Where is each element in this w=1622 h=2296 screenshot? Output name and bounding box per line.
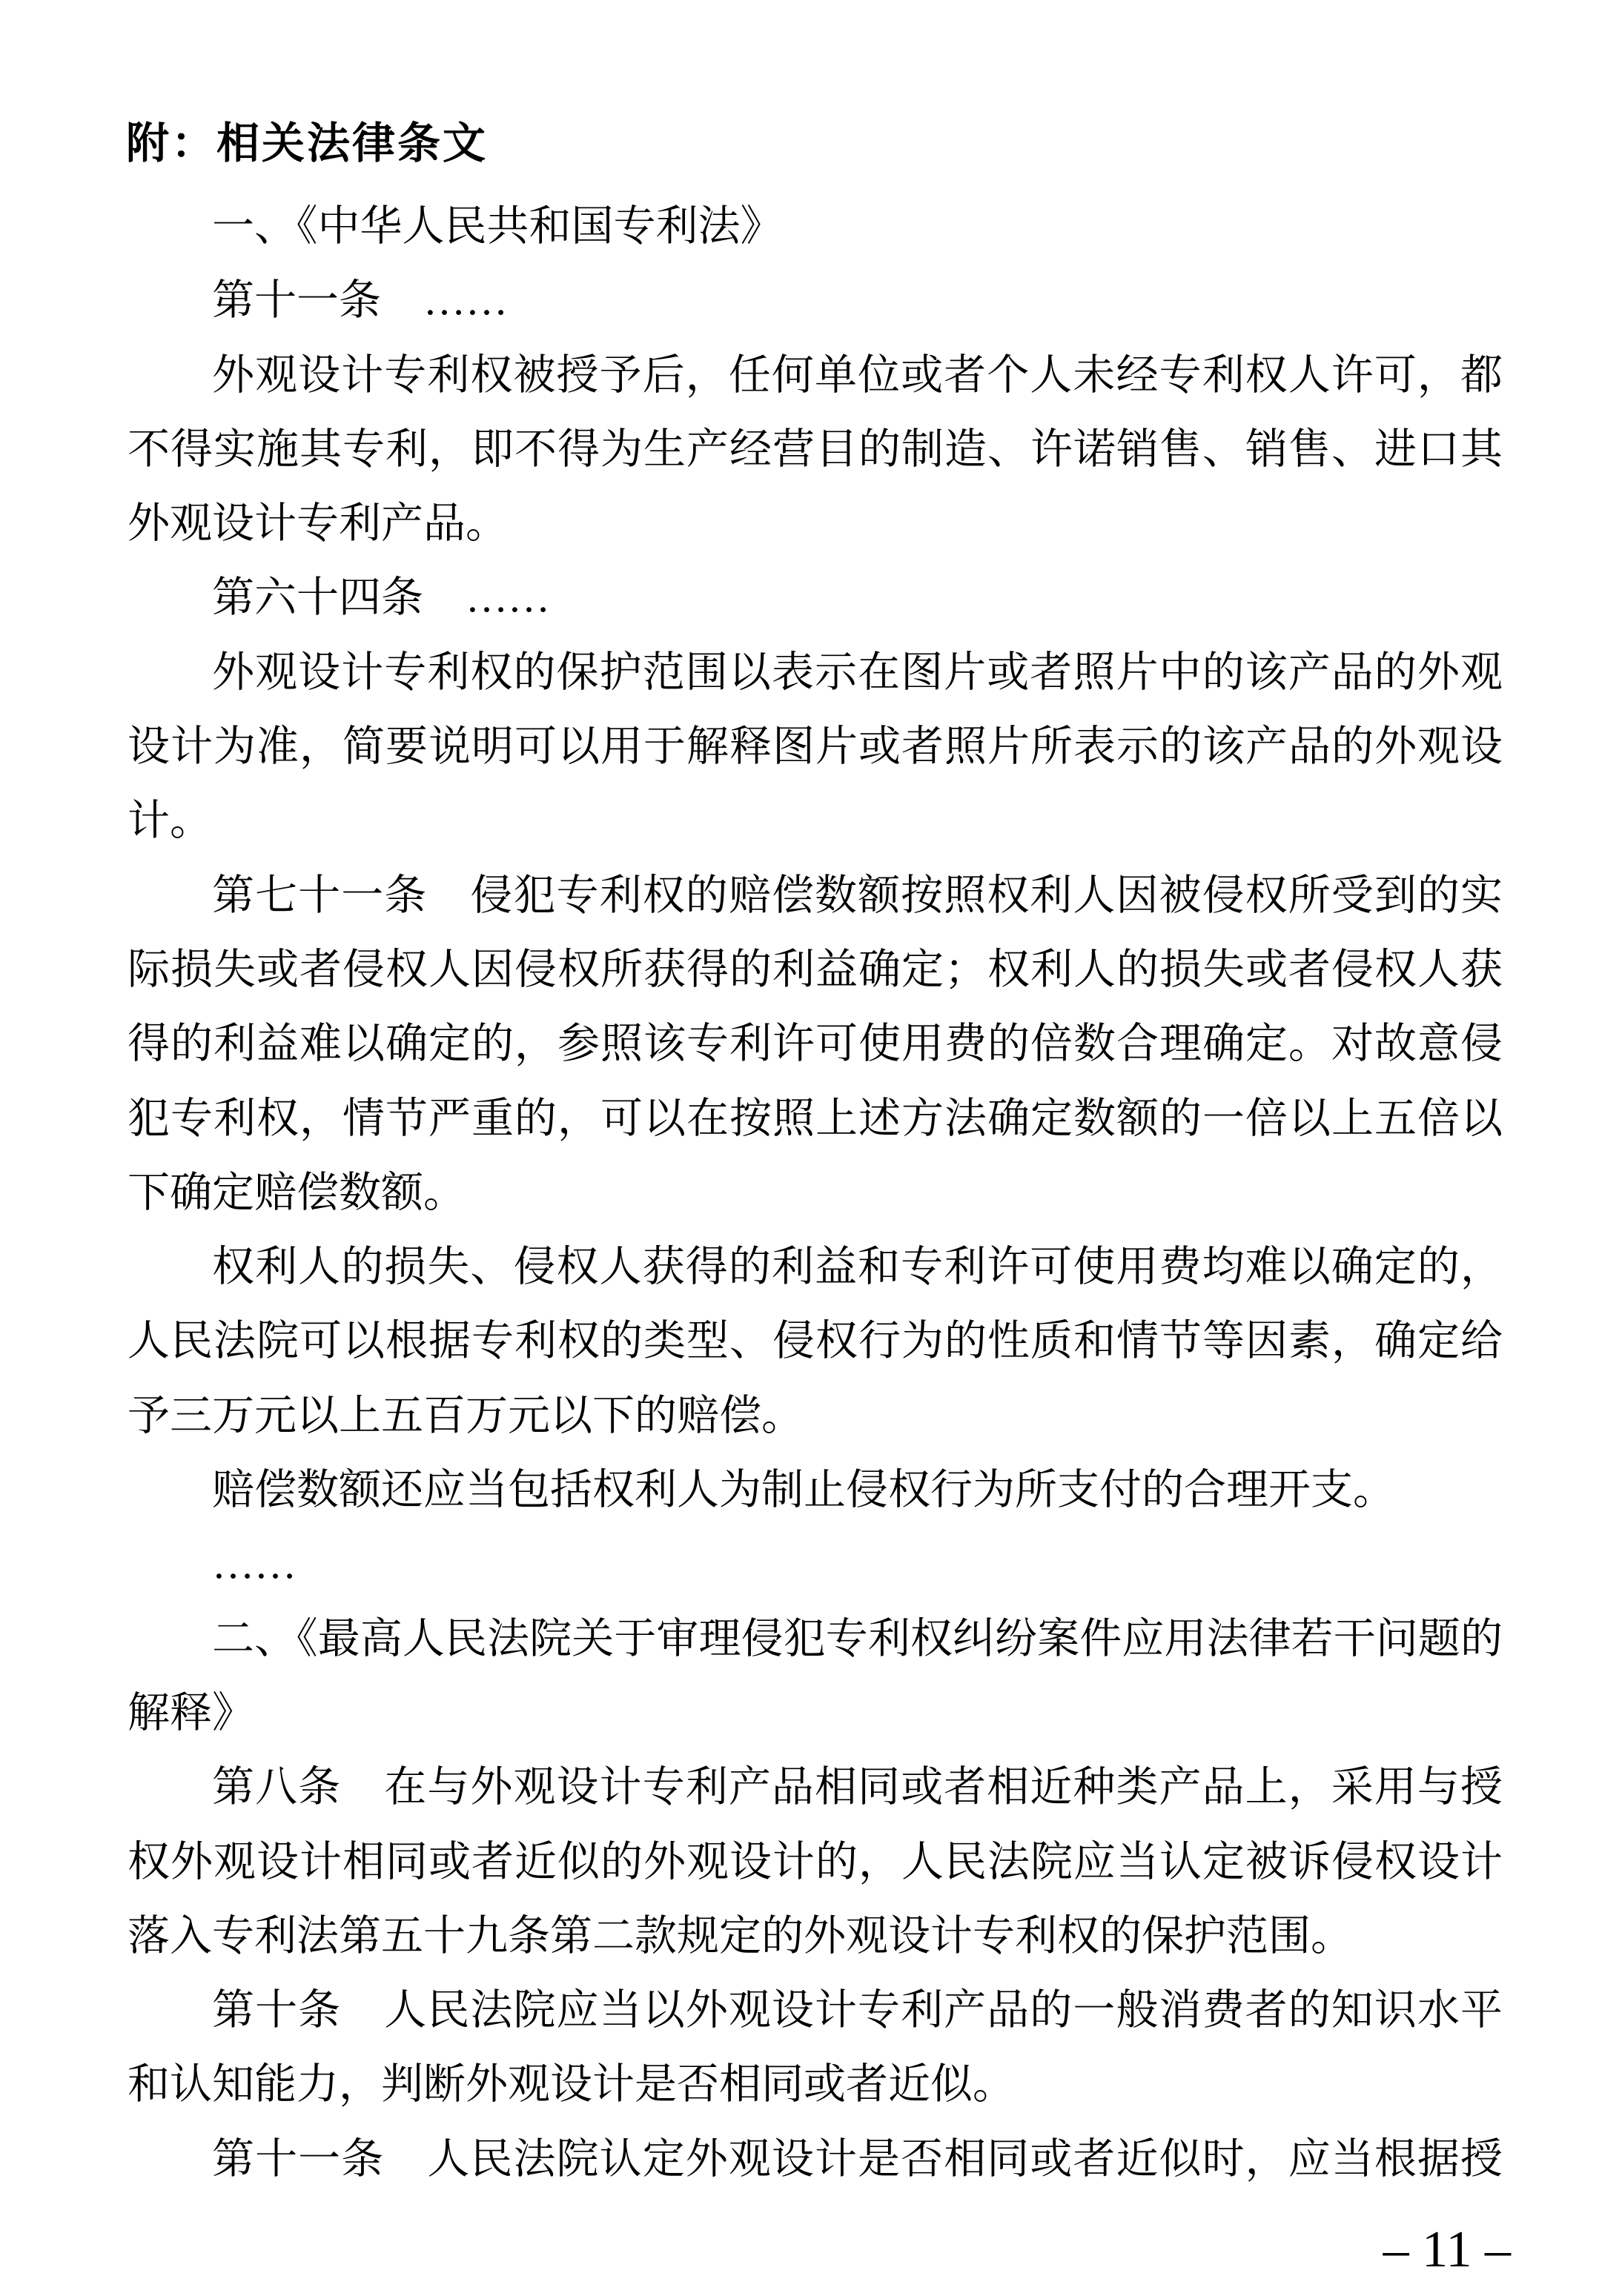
text-line-law1-heading: 一、《中华人民共和国专利法》 [128,190,1503,264]
text-line: 下确定赔偿数额。 [128,1156,1503,1230]
text-line-article64-heading: 第六十四条 …… [128,561,1503,635]
text-line: 不得实施其专利，即不得为生产经营目的制造、许诺销售、销售、进口其 [128,413,1503,487]
text-line: 解释》 [128,1676,1503,1751]
text-line-article71-heading: 第七十一条 侵犯专利权的赔偿数额按照权利人因被侵权所受到的实 [128,859,1503,933]
text-line: 计。 [128,784,1503,858]
document-body: 一、《中华人民共和国专利法》 第十一条 …… 外观设计专利权被授予后，任何单位或… [128,190,1503,2197]
page-number: – 11 – [1383,2224,1511,2276]
attachment-title: 附：相关法律条文 [126,119,488,169]
text-line: 际损失或者侵权人因侵权所获得的利益确定；权利人的损失或者侵权人获 [128,933,1503,1007]
text-line: 赔偿数额还应当包括权利人为制止侵权行为所支付的合理开支。 [128,1453,1503,1527]
text-line-law2-heading: 二、《最高人民法院关于审理侵犯专利权纠纷案件应用法律若干问题的 [128,1602,1503,1676]
text-line-article8-heading: 第八条 在与外观设计专利产品相同或者相近种类产品上，采用与授 [128,1751,1503,1825]
text-line: 予三万元以上五百万元以下的赔偿。 [128,1379,1503,1453]
text-line-article11-heading: 第十一条 …… [128,264,1503,338]
text-line-ellipsis: …… [128,1527,1503,1602]
text-line: 权外观设计相同或者近似的外观设计的，人民法院应当认定被诉侵权设计 [128,1825,1503,1899]
text-line: 得的利益难以确定的，参照该专利许可使用费的倍数合理确定。对故意侵 [128,1007,1503,1081]
text-line: 外观设计专利权被授予后，任何单位或者个人未经专利权人许可，都 [128,339,1503,413]
text-line: 权利人的损失、侵权人获得的利益和专利许可使用费均难以确定的， [128,1230,1503,1304]
text-line-article10-heading: 第十条 人民法院应当以外观设计专利产品的一般消费者的知识水平 [128,1974,1503,2048]
text-line: 人民法院可以根据专利权的类型、侵权行为的性质和情节等因素，确定给 [128,1304,1503,1378]
document-page: 附：相关法律条文 一、《中华人民共和国专利法》 第十一条 …… 外观设计专利权被… [0,0,1622,2296]
text-line: 犯专利权，情节严重的，可以在按照上述方法确定数额的一倍以上五倍以 [128,1082,1503,1156]
text-line: 设计为准，简要说明可以用于解释图片或者照片所表示的该产品的外观设 [128,710,1503,784]
text-line: 外观设计专利权的保护范围以表示在图片或者照片中的该产品的外观 [128,636,1503,710]
text-line: 落入专利法第五十九条第二款规定的外观设计专利权的保护范围。 [128,1899,1503,1974]
text-line: 外观设计专利产品。 [128,487,1503,561]
text-line: 和认知能力，判断外观设计是否相同或者近似。 [128,2048,1503,2122]
text-line-article11b-heading: 第十一条 人民法院认定外观设计是否相同或者近似时，应当根据授 [128,2123,1503,2197]
